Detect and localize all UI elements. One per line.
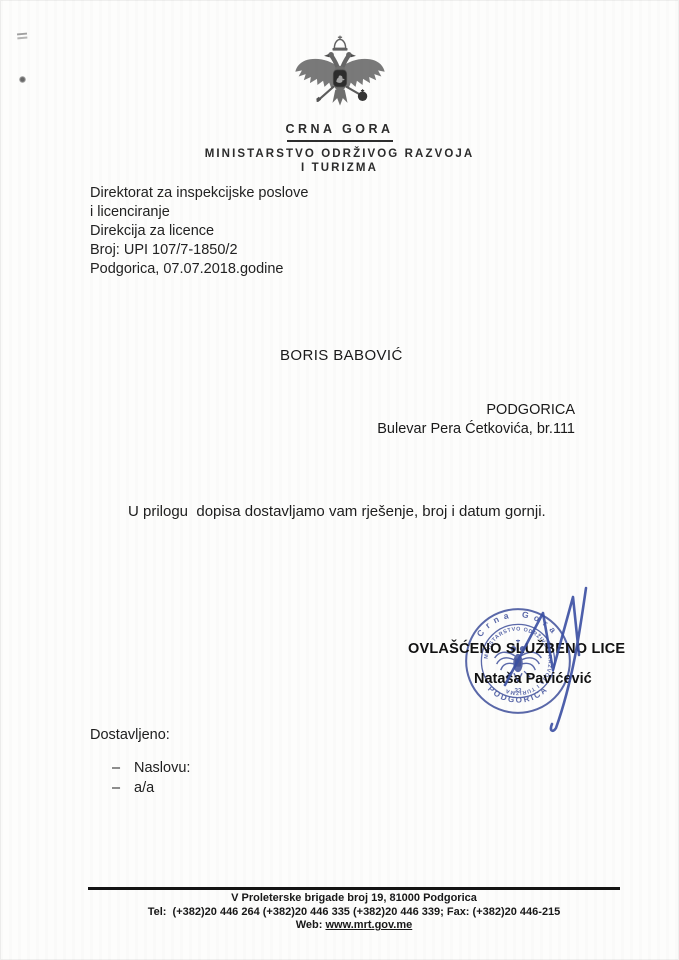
montenegro-coat-of-arms-icon: [293, 34, 387, 119]
official-round-stamp: Crna Gora PODGORICA MINISTARSTVO ODRŽIVO…: [457, 600, 579, 722]
recipient-city: PODGORICA: [377, 401, 575, 420]
web-label: Web:: [296, 919, 323, 931]
case-number: Broj: UPI 107/7-1850/2: [90, 241, 308, 260]
stamp-number: 33: [514, 688, 522, 695]
recipient-street: Bulevar Pera Ćetkovića, br.111: [377, 420, 575, 439]
signer-name: Nataša Pavićević: [474, 671, 592, 687]
footer-phone-fax: Tel: (+382)20 446 264 (+382)20 446 335 (…: [88, 906, 620, 920]
sender-directorate-line: Direktorat za inspekcijske poslove: [90, 184, 308, 203]
distribution-item: – a/a: [112, 779, 190, 799]
distribution-item: – Naslovu:: [112, 759, 190, 779]
footer-web-line: Web: www.mrt.gov.me: [88, 919, 620, 933]
ministry-name-line-1: MINISTARSTVO ODRŽIVOG RAZVOJA: [0, 147, 679, 161]
recipient-name: BORIS BABOVIĆ: [280, 347, 403, 364]
place-and-date: Podgorica, 07.07.2018.godine: [90, 260, 308, 279]
footer: V Proleterske brigade broj 19, 81000 Pod…: [88, 892, 620, 933]
scanned-letter-page: CRNA GORA MINISTARSTVO ODRŽIVOG RAZVOJA …: [0, 0, 679, 960]
footer-divider: [88, 887, 620, 890]
body-text: U prilogu dopisa dostavljamo vam rješenj…: [128, 503, 546, 520]
distribution-list: – Naslovu: – a/a: [112, 759, 190, 798]
web-link[interactable]: www.mrt.gov.me: [325, 919, 412, 931]
distribution-heading: Dostavljeno:: [90, 727, 170, 743]
distribution-item-label: Naslovu:: [134, 759, 190, 779]
dash-bullet: –: [112, 779, 134, 799]
letterhead: CRNA GORA MINISTARSTVO ODRŽIVOG RAZVOJA …: [0, 34, 679, 175]
distribution-item-label: a/a: [134, 779, 154, 799]
dash-bullet: –: [112, 759, 134, 779]
footer-address: V Proleterske brigade broj 19, 81000 Pod…: [88, 892, 620, 906]
recipient-address-block: PODGORICA Bulevar Pera Ćetkovića, br.111: [377, 401, 575, 439]
signature-title: OVLAŠĆENO SLUŽBENO LICE: [408, 641, 625, 657]
header-divider: [287, 140, 393, 142]
ministry-name-line-2: I TURIZMA: [0, 161, 679, 175]
sender-directorate-line: i licenciranje: [90, 203, 308, 222]
sender-directorate-line: Direkcija za licence: [90, 222, 308, 241]
sender-block: Direktorat za inspekcijske poslove i lic…: [90, 184, 308, 279]
country-name: CRNA GORA: [0, 122, 679, 136]
